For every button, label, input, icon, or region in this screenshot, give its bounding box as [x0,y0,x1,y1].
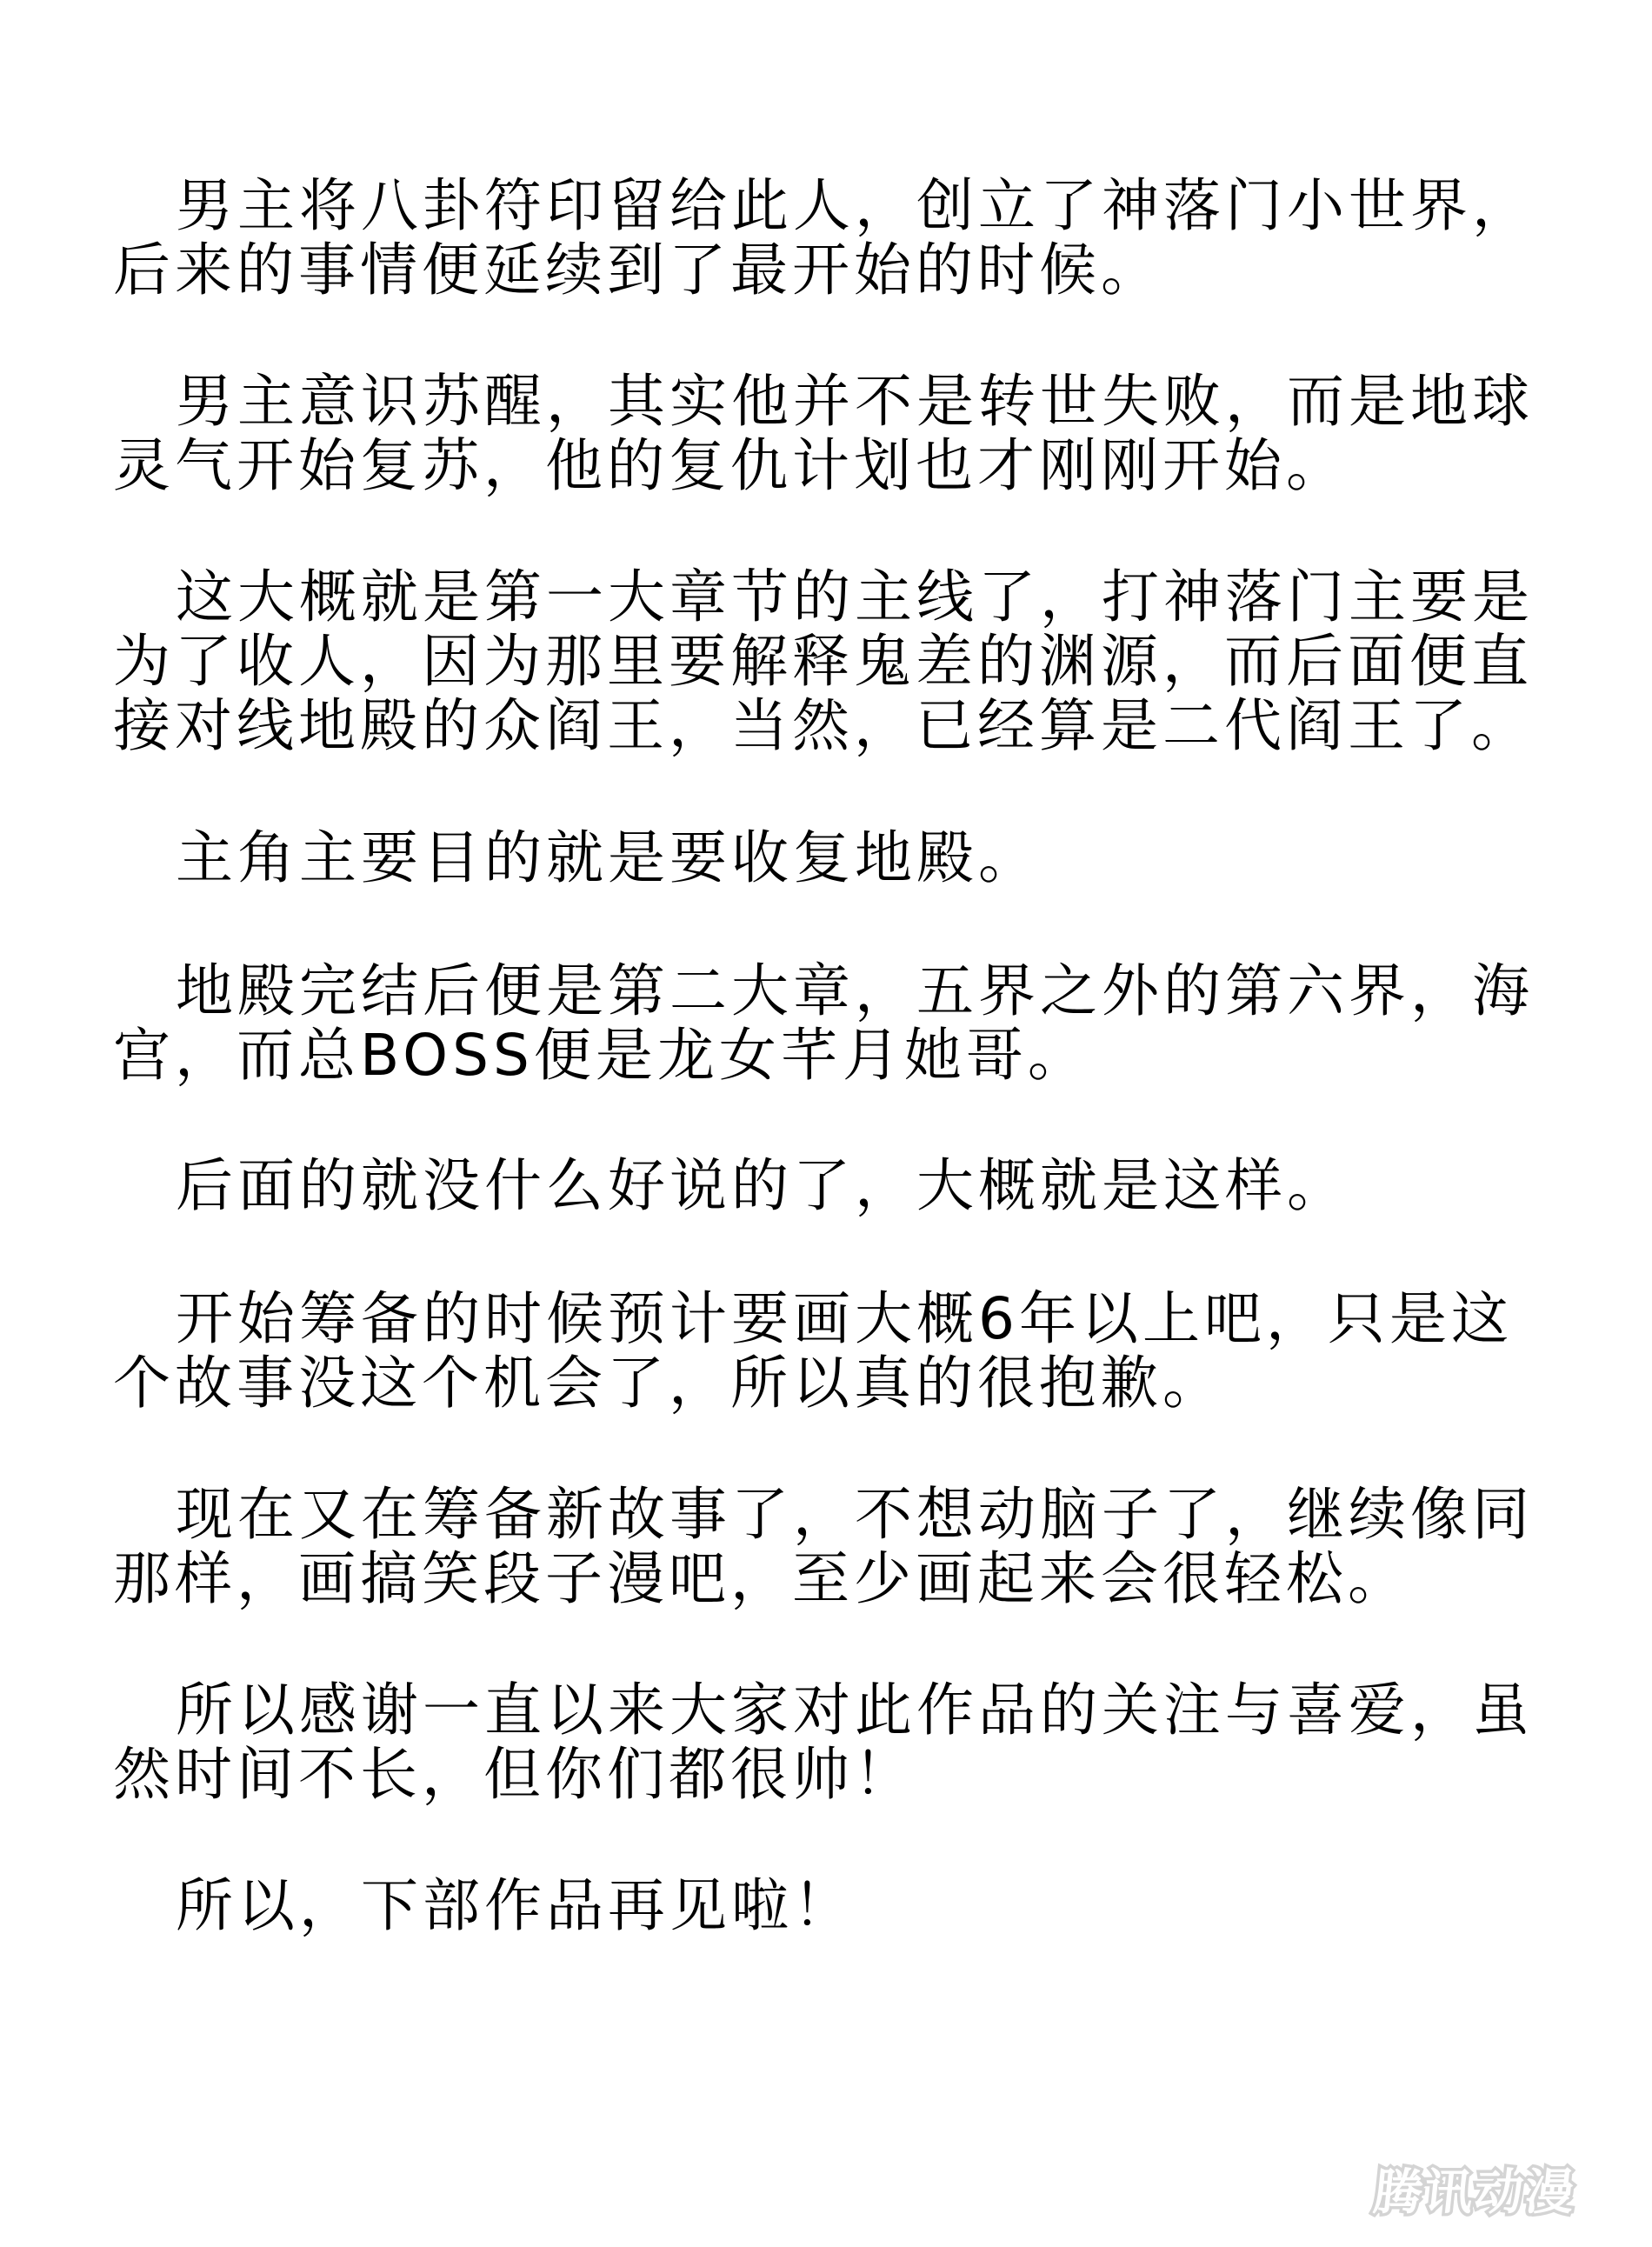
text-line: 现在又在筹备新故事了，不想动脑子了，继续像同 [113,1483,1539,1547]
text-line: 男主将八卦符印留给此人，创立了神落门小世界， [113,174,1539,238]
text-line: 然时间不长，但你们都很帅！ [113,1743,1539,1807]
text-line: 这大概就是第一大章节的主线了，打神落门主要是 [113,565,1539,630]
text-line: 为了收人，因为那里要解释鬼差的渊源，而后面便直 [113,630,1539,694]
text-line: 地殿完结后便是第二大章，五界之外的第六界，海 [113,959,1539,1023]
text-line: 主角主要目的就是要收复地殿。 [113,826,1539,890]
text-line: 开始筹备的时候预计要画大概6年以上吧，只是这 [113,1287,1539,1351]
text-line: 灵气开始复苏，他的复仇计划也才刚刚开始。 [113,434,1539,498]
text-line: 那样，画搞笑段子漫吧，至少画起来会很轻松。 [113,1547,1539,1611]
text-line: 个故事没这个机会了，所以真的很抱歉。 [113,1351,1539,1416]
paragraph-2: 男主意识苏醒，其实他并不是转世失败，而是地球 灵气开始复苏，他的复仇计划也才刚刚… [113,370,1539,498]
afterword-page: 男主将八卦符印留给此人，创立了神落门小世界， 后来的事情便延续到了最开始的时候。… [0,0,1652,2247]
watermark-logo: 腾讯动漫 [1374,2158,1622,2228]
paragraph-6: 后面的就没什么好说的了，大概就是这样。 [113,1154,1539,1218]
text-line: 宫，而总BOSS便是龙女芊月她哥。 [113,1023,1539,1088]
paragraph-5: 地殿完结后便是第二大章，五界之外的第六界，海 宫，而总BOSS便是龙女芊月她哥。 [113,959,1539,1088]
text-line: 所以，下部作品再见啦！ [113,1874,1539,1938]
paragraph-3: 这大概就是第一大章节的主线了，打神落门主要是 为了收人，因为那里要解释鬼差的渊源… [113,565,1539,758]
text-line: 后来的事情便延续到了最开始的时候。 [113,238,1539,303]
paragraph-8: 现在又在筹备新故事了，不想动脑子了，继续像同 那样，画搞笑段子漫吧，至少画起来会… [113,1483,1539,1611]
text-line: 后面的就没什么好说的了，大概就是这样。 [113,1154,1539,1218]
paragraph-9: 所以感谢一直以来大家对此作品的关注与喜爱，虽 然时间不长，但你们都很帅！ [113,1678,1539,1807]
paragraph-1: 男主将八卦符印留给此人，创立了神落门小世界， 后来的事情便延续到了最开始的时候。 [113,174,1539,303]
text-line: 男主意识苏醒，其实他并不是转世失败，而是地球 [113,370,1539,434]
text-line: 所以感谢一直以来大家对此作品的关注与喜爱，虽 [113,1678,1539,1743]
text-line: 接对线地殿的众阎王，当然，已经算是二代阎王了。 [113,694,1539,758]
watermark-text: 腾讯动漫 [1370,2158,1579,2228]
paragraph-10: 所以，下部作品再见啦！ [113,1874,1539,1938]
paragraph-7: 开始筹备的时候预计要画大概6年以上吧，只是这 个故事没这个机会了，所以真的很抱歉… [113,1287,1539,1416]
paragraph-4: 主角主要目的就是要收复地殿。 [113,826,1539,890]
